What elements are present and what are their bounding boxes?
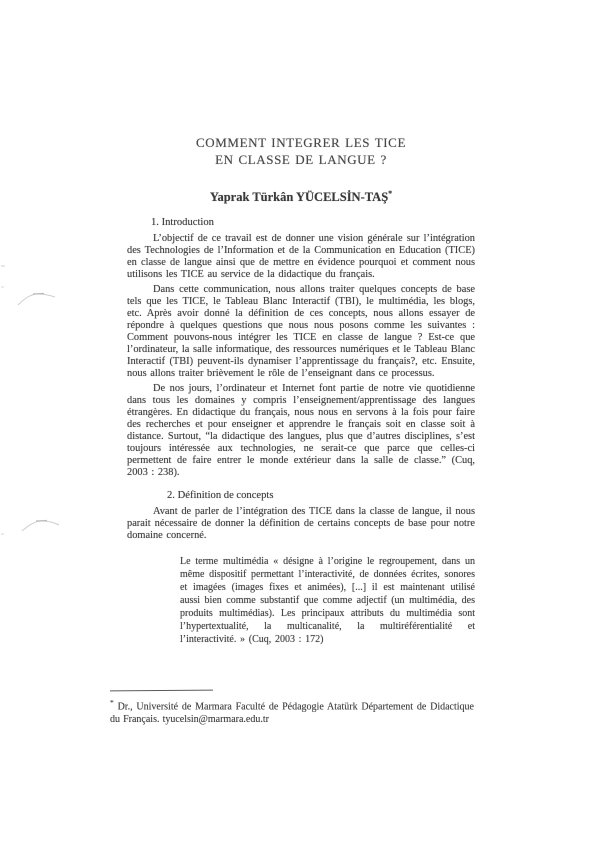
title-line-1: COMMENT INTEGRER LES TICE <box>127 134 475 151</box>
section-heading-definition: 2. Définition de concepts <box>127 489 475 502</box>
article-body: COMMENT INTEGRER LES TICE EN CLASSE DE L… <box>127 134 475 646</box>
block-quote-multimedia: Le terme multimédia « désigne à l’origin… <box>180 555 475 646</box>
footnote-area: * Dr., Université de Marmara Faculté de … <box>110 690 474 726</box>
section-heading-introduction: 1. Introduction <box>127 216 475 229</box>
title-line-2: EN CLASSE DE LANGUE ? <box>127 151 475 168</box>
paragraph-objectif: L’objectif de ce travail est de donner u… <box>127 233 475 281</box>
footnote-text: * Dr., Université de Marmara Faculté de … <box>110 696 474 726</box>
footnote-body: Dr., Université de Marmara Faculté de Pé… <box>110 701 474 725</box>
author-footnote-marker: * <box>388 189 392 198</box>
footnote-marker: * <box>110 698 114 707</box>
scanned-page: COMMENT INTEGRER LES TICE EN CLASSE DE L… <box>0 0 599 842</box>
footnote-rule <box>110 690 213 692</box>
article-title: COMMENT INTEGRER LES TICE EN CLASSE DE L… <box>127 134 475 168</box>
paragraph-avant-de-parler: Avant de parler de l’intégration des TIC… <box>127 506 475 542</box>
author-line: Yaprak Türkân YÜCELSİN-TAŞ* <box>127 186 475 205</box>
scan-edge-mark <box>1 533 4 535</box>
pencil-smudge-upper <box>16 290 62 308</box>
author-name: Yaprak Türkân YÜCELSİN-TAŞ <box>210 190 388 204</box>
scan-edge-mark <box>1 265 5 267</box>
paragraph-de-nos-jours: De nos jours, l’ordinateur et Internet f… <box>127 383 475 479</box>
paragraph-communication: Dans cette communication, nous allons tr… <box>127 284 475 380</box>
scan-edge-mark <box>1 286 4 288</box>
pencil-smudge-lower <box>20 517 66 535</box>
